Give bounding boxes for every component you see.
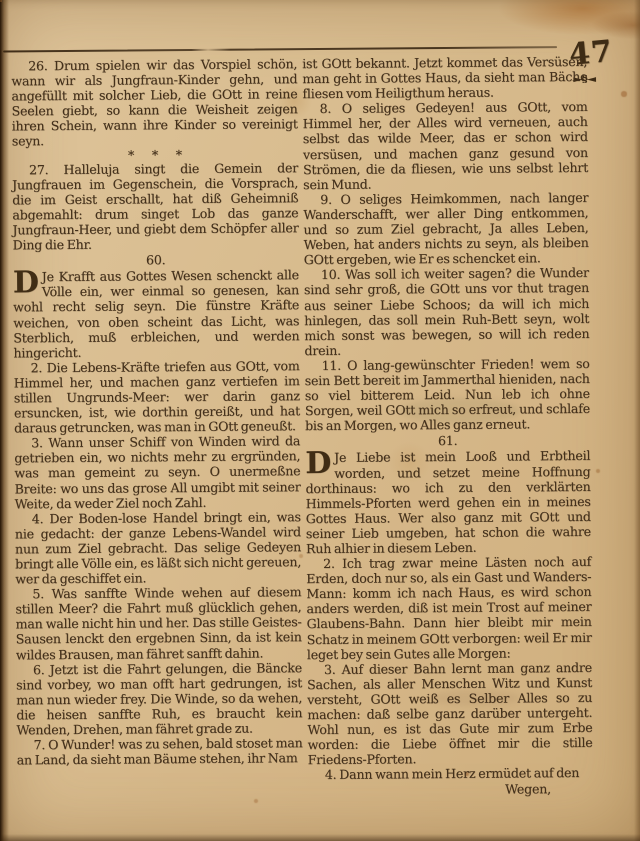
hymn-60-verse-1-text: Je Krafft aus Gottes Wesen schenckt alle…: [13, 267, 299, 360]
header-rule: [3, 46, 557, 52]
text-column-right: ist GOtt bekannt. Jetzt kommet das Versü…: [302, 54, 593, 798]
hymn-60-verse-5: 5. Was sanffte Winde wehen auf diesem st…: [15, 584, 302, 662]
hymn-60-verse-2: 2. Die Lebens-Kräfte triefen aus GOtt, v…: [14, 358, 301, 436]
catchword: Wegen,: [308, 780, 593, 797]
hymn-60-verse-3: 3. Wann unser Schiff von Winden wird da …: [14, 433, 301, 511]
hymn-60-verse-8: 8. O seliges Gedeyen! aus GOtt, vom Himm…: [302, 99, 588, 192]
verse-27: 27. Halleluja singt die Gemein der Jungf…: [12, 160, 299, 253]
hymn-60-verse-7: 7. O Wunder! was zu sehen, bald stoset m…: [16, 735, 302, 767]
hymn-60-verse-6: 6. Jetzt ist die Fahrt gelungen, die Bän…: [16, 660, 303, 738]
text-column-left: 26. Drum spielen wir das Vorspiel schön,…: [11, 56, 303, 768]
hymn-60-verse-1: DJe Krafft aus Gottes Wesen schenckt all…: [13, 267, 300, 360]
hymn-60-verse-4: 4. Der Boden-lose Handel bringt ein, was…: [15, 509, 302, 587]
hymn-60-verse-7-continued: ist GOtt bekannt. Jetzt kommet das Versü…: [302, 54, 587, 102]
drop-cap-initial: D: [305, 450, 334, 477]
book-page: 47 ►§◄ 26. Drum spielen wir das Vorspiel…: [0, 0, 640, 841]
hymn-61-heading: 61.: [305, 432, 590, 449]
hymn-61-verse-1-text: Je Liebe ist mein Looß und Erbtheil word…: [305, 448, 590, 556]
hymn-61-verse-4-start: 4. Dann wann mein Herz ermüdet auf den: [308, 765, 593, 782]
hymn-61-verse-1: DJe Liebe ist mein Looß und Erbtheil wor…: [305, 448, 591, 556]
hymn-60-verse-11: 11. O lang-gewünschter Frieden! wem so s…: [305, 356, 591, 434]
hymn-60-verse-9: 9. O seliges Heimkommen, nach langer Wan…: [303, 190, 589, 268]
verse-26: 26. Drum spielen wir das Vorspiel schön,…: [11, 56, 298, 149]
hymn-61-verse-2: 2. Ich trag zwar meine Lästen noch auf E…: [306, 554, 592, 662]
hymn-60-verse-10: 10. Was soll ich weiter sagen? die Wunde…: [304, 265, 590, 358]
hymn-60-heading: 60.: [13, 251, 299, 268]
drop-cap-initial: D: [13, 269, 42, 296]
hymn-61-verse-3: 3. Auf dieser Bahn lernt man ganz andre …: [307, 660, 593, 768]
scanned-print-area: 47 ►§◄ 26. Drum spielen wir das Vorspiel…: [0, 0, 640, 841]
